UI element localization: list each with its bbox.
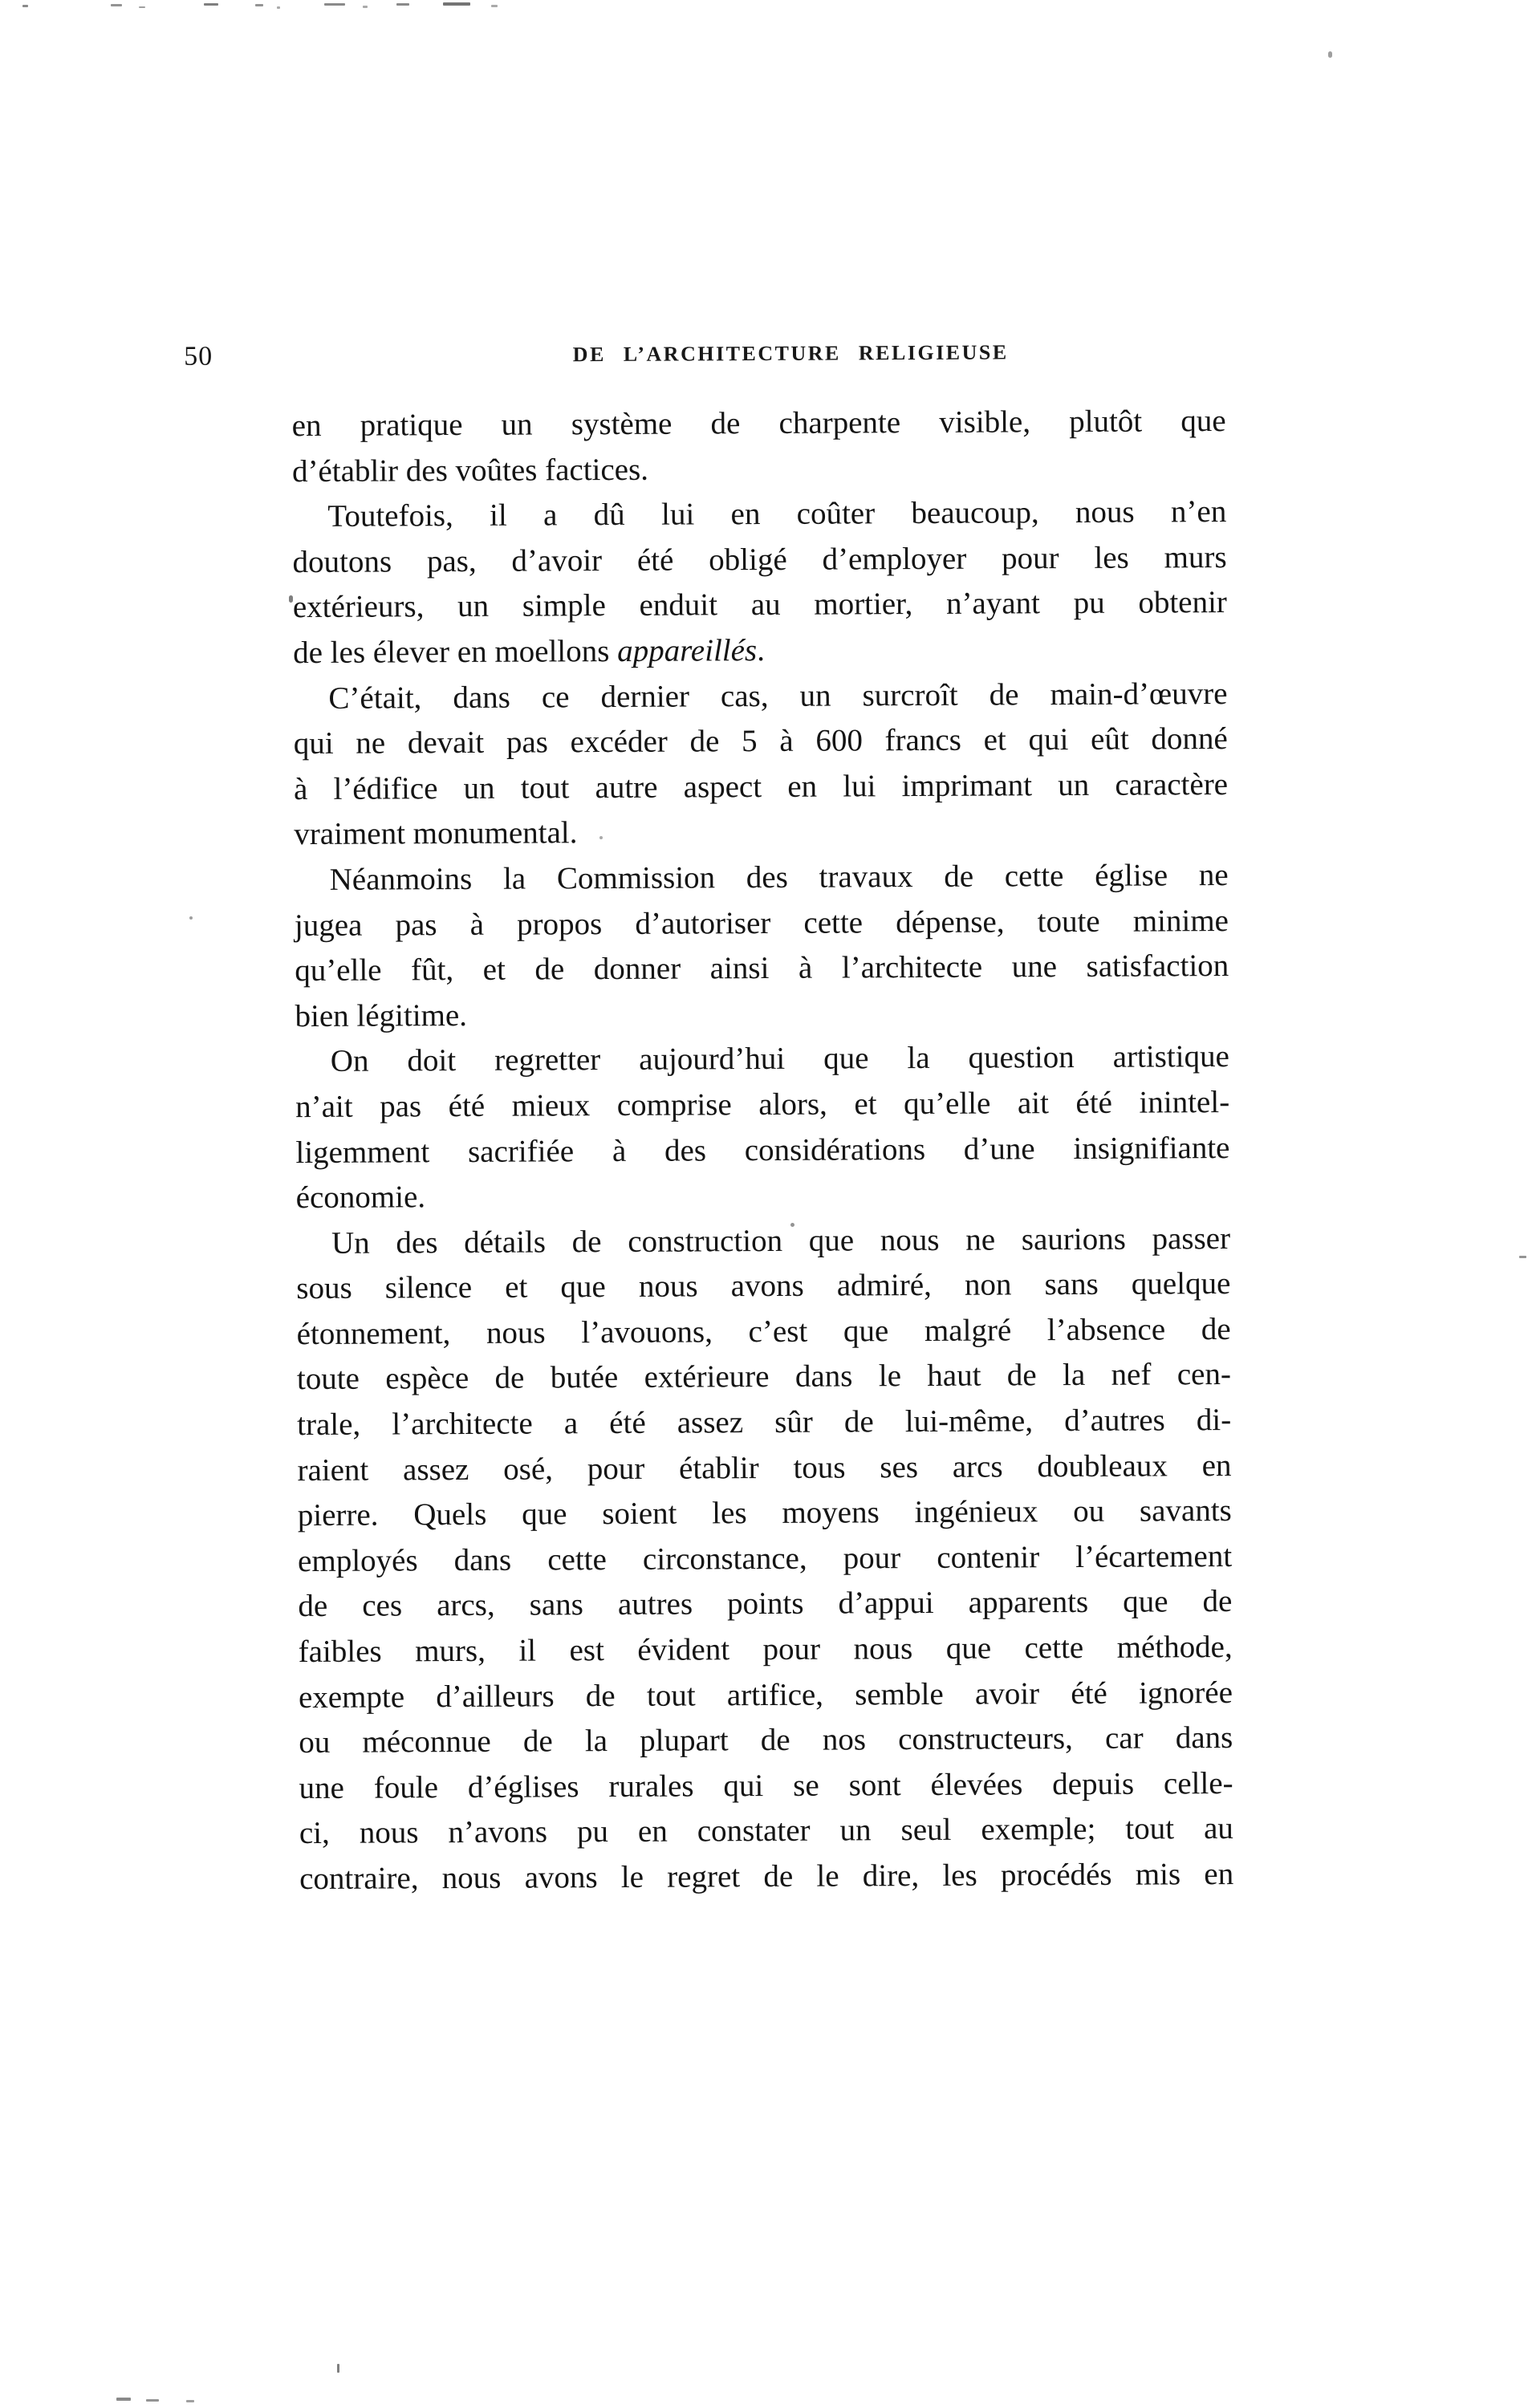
text-line: Néanmoins la Commission des travaux de c… xyxy=(295,853,1229,904)
text-line: qu’elle fût, et de donner ainsi à l’arch… xyxy=(295,944,1229,994)
scan-speck xyxy=(189,916,193,920)
text-line: sous silence et que nous avons admiré, n… xyxy=(296,1261,1230,1312)
text-line: employés dans cette circonstance, pour c… xyxy=(298,1534,1232,1585)
text-line: ou méconnue de la plupart de nos constru… xyxy=(299,1716,1233,1766)
text-line: à l’édifice un tout autre aspect en lui … xyxy=(294,762,1228,813)
scan-speck xyxy=(363,6,368,8)
scan-speck xyxy=(599,836,603,839)
scan-speck xyxy=(790,1223,794,1227)
text-line: vraiment monumental. xyxy=(294,807,1228,858)
text-line: On doit regretter aujourd’hui que la que… xyxy=(295,1034,1229,1085)
text-line: de les élever en moellons appareillés. xyxy=(293,626,1227,676)
text-line: en pratique un système de charpente visi… xyxy=(292,399,1226,449)
text-line: toute espèce de butée extérieure dans le… xyxy=(297,1352,1231,1403)
text-block: en pratique un système de charpente visi… xyxy=(292,399,1234,1902)
text-line: faibles murs, il est évident pour nous q… xyxy=(299,1625,1233,1675)
scan-speck xyxy=(255,4,263,6)
text-line: n’ait pas été mieux comprise alors, et q… xyxy=(295,1080,1229,1131)
scan-speck xyxy=(186,2400,194,2402)
text-line: une foule d’églises rurales qui se sont … xyxy=(299,1761,1233,1812)
text-line: pierre. Quels que soient les moyens ingé… xyxy=(298,1488,1232,1539)
text-line: contraire, nous avons le regret de le di… xyxy=(299,1852,1233,1902)
page-number: 50 xyxy=(184,342,213,372)
scan-speck xyxy=(1519,1256,1526,1258)
scan-speck xyxy=(139,6,145,8)
text-line: économie. xyxy=(296,1171,1230,1221)
text-line: de ces arcs, sans autres points d’appui … xyxy=(298,1579,1232,1630)
scan-speck xyxy=(289,595,293,603)
scan-speck xyxy=(111,4,122,6)
text-line: exempte d’ailleurs de tout artifice, sem… xyxy=(299,1671,1233,1721)
text-line: ci, nous n’avons pu en constater un seul… xyxy=(299,1806,1233,1857)
text-line: raient assez osé, pour établir tous ses … xyxy=(297,1444,1231,1494)
book-page: 50 DE L’ARCHITECTURE RELIGIEUSE en prati… xyxy=(0,0,1532,2408)
text-line: qui ne devait pas excéder de 5 à 600 fra… xyxy=(294,717,1228,767)
scan-content: 50 DE L’ARCHITECTURE RELIGIEUSE en prati… xyxy=(0,0,1532,2408)
scan-speck xyxy=(1328,51,1332,58)
scan-speck xyxy=(277,6,280,9)
scan-speck xyxy=(396,3,409,6)
text-line: trale, l’architecte a été assez sûr de l… xyxy=(297,1398,1231,1448)
text-line: d’établir des voûtes factices. xyxy=(292,445,1226,495)
scan-speck xyxy=(146,2399,159,2402)
scan-speck xyxy=(337,2364,339,2373)
text-line: étonnement, nous l’avouons, c’est que ma… xyxy=(296,1307,1230,1358)
text-line: extérieurs, un simple enduit au mortier,… xyxy=(293,580,1227,631)
text-line: Toutefois, il a dû lui en coûter beaucou… xyxy=(292,489,1226,540)
text-line: Un des détails de construction que nous … xyxy=(296,1216,1230,1267)
text-line: jugea pas à propos d’autoriser cette dép… xyxy=(295,899,1229,949)
text-line: C’était, dans ce dernier cas, un surcroî… xyxy=(293,672,1227,722)
scan-speck xyxy=(116,2398,131,2401)
text-line: bien légitime. xyxy=(295,989,1229,1040)
running-title: DE L’ARCHITECTURE RELIGIEUSE xyxy=(291,339,1225,368)
text-line: doutons pas, d’avoir été obligé d’employ… xyxy=(292,535,1226,586)
text-line: ligemment sacrifiée à des considérations… xyxy=(295,1125,1229,1176)
scan-speck xyxy=(443,2,470,6)
scan-speck xyxy=(324,3,345,6)
scan-speck xyxy=(204,3,218,6)
scan-speck xyxy=(22,5,28,7)
scan-speck xyxy=(491,5,498,7)
